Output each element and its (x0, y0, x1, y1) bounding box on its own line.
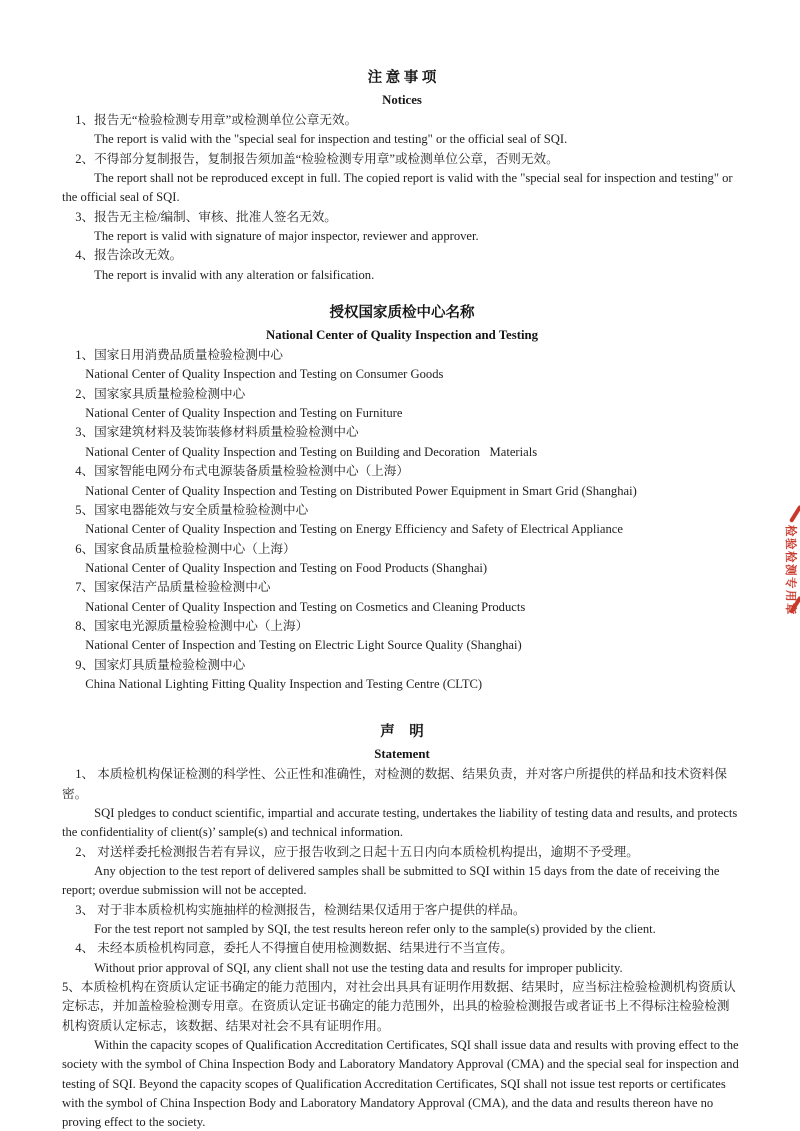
center-item-4-en: National Center of Quality Inspection an… (62, 482, 742, 501)
notice-item-2-en: The report shall not be reproduced excep… (62, 169, 742, 208)
center-item-1-zh: 1、国家日用消费品质量检验检测中心 (62, 346, 742, 365)
statement-item-5-zh: 5、本质检机构在资质认定证书确定的能力范围内，对社会出具具有证明作用数据、结果时… (62, 978, 742, 1036)
seal-text: 检验检测专用章 (785, 525, 799, 593)
statement-title-zh: 声 明 (62, 721, 742, 743)
statement-item-3-zh: 3、 对于非本质检机构实施抽样的检测报告，检测结果仅适用于客户提供的样品。 (62, 901, 742, 920)
center-item-8-zh: 8、国家电光源质量检验检测中心（上海） (62, 617, 742, 636)
center-item-7-en: National Center of Quality Inspection an… (62, 598, 742, 617)
statement-title-en: Statement (62, 743, 742, 765)
center-item-4-zh: 4、国家智能电网分布式电源装备质量检验检测中心（上海） (62, 462, 742, 481)
center-item-3-en: National Center of Quality Inspection an… (62, 443, 742, 462)
center-item-2-en: National Center of Quality Inspection an… (62, 404, 742, 423)
seal-arc-stroke-top (789, 505, 800, 523)
section-statement: 声 明 Statement 1、 本质检机构保证检测的科学性、公正性和准确性，对… (62, 721, 742, 1131)
document-content: 注 意 事 项 Notices 1、报告无“检验检测专用章”或检测单位公章无效。… (62, 67, 742, 1131)
section-notices: 注 意 事 项 Notices 1、报告无“检验检测专用章”或检测单位公章无效。… (62, 67, 742, 285)
center-item-2-zh: 2、国家家具质量检验检测中心 (62, 385, 742, 404)
center-item-6-en: National Center of Quality Inspection an… (62, 559, 742, 578)
notices-title-zh: 注 意 事 项 (62, 67, 742, 89)
document-page: 注 意 事 项 Notices 1、报告无“检验检测专用章”或检测单位公章无效。… (0, 0, 800, 1131)
center-item-5-en: National Center of Quality Inspection an… (62, 520, 742, 539)
partial-red-seal: 检验检测专用章 (785, 503, 800, 615)
section-national-centers: 授权国家质检中心名称 National Center of Quality In… (62, 302, 742, 694)
notice-item-1-zh: 1、报告无“检验检测专用章”或检测单位公章无效。 (62, 111, 742, 130)
notice-item-4-zh: 4、报告涂改无效。 (62, 246, 742, 265)
statement-item-4-en: Without prior approval of SQI, any clien… (62, 959, 742, 978)
center-item-1-en: National Center of Quality Inspection an… (62, 365, 742, 384)
center-item-3-zh: 3、国家建筑材料及装饰装修材料质量检验检测中心 (62, 423, 742, 442)
center-item-9-en: China National Lighting Fitting Quality … (62, 675, 742, 694)
notice-item-1-en: The report is valid with the "special se… (62, 130, 742, 149)
statement-item-5-en: Within the capacity scopes of Qualificat… (62, 1036, 742, 1131)
center-item-7-zh: 7、国家保洁产品质量检验检测中心 (62, 578, 742, 597)
center-item-8-en: National Center of Inspection and Testin… (62, 636, 742, 655)
centers-title-en: National Center of Quality Inspection an… (62, 324, 742, 346)
statement-item-4-zh: 4、 未经本质检机构同意，委托人不得擅自使用检测数据、结果进行不当宣传。 (62, 939, 742, 958)
statement-item-2-en: Any objection to the test report of deli… (62, 862, 742, 901)
notice-item-4-en: The report is invalid with any alteratio… (62, 266, 742, 285)
center-item-5-zh: 5、国家电器能效与安全质量检验检测中心 (62, 501, 742, 520)
statement-item-2-zh: 2、 对送样委托检测报告若有异议，应于报告收到之日起十五日内向本质检机构提出，逾… (62, 843, 742, 862)
statement-item-1-en: SQI pledges to conduct scientific, impar… (62, 804, 742, 843)
notice-item-3-zh: 3、报告无主检/编制、审核、批准人签名无效。 (62, 208, 742, 227)
notice-item-3-en: The report is valid with signature of ma… (62, 227, 742, 246)
center-item-6-zh: 6、国家食品质量检验检测中心（上海） (62, 540, 742, 559)
notice-item-2-zh: 2、不得部分复制报告，复制报告须加盖“检验检测专用章”或检测单位公章，否则无效。 (62, 150, 742, 169)
notices-title-en: Notices (62, 89, 742, 111)
statement-item-3-en: For the test report not sampled by SQI, … (62, 920, 742, 939)
center-item-9-zh: 9、国家灯具质量检验检测中心 (62, 656, 742, 675)
centers-title-zh: 授权国家质检中心名称 (62, 302, 742, 324)
statement-item-1-zh: 1、 本质检机构保证检测的科学性、公正性和准确性，对检测的数据、结果负责，并对客… (62, 765, 742, 804)
